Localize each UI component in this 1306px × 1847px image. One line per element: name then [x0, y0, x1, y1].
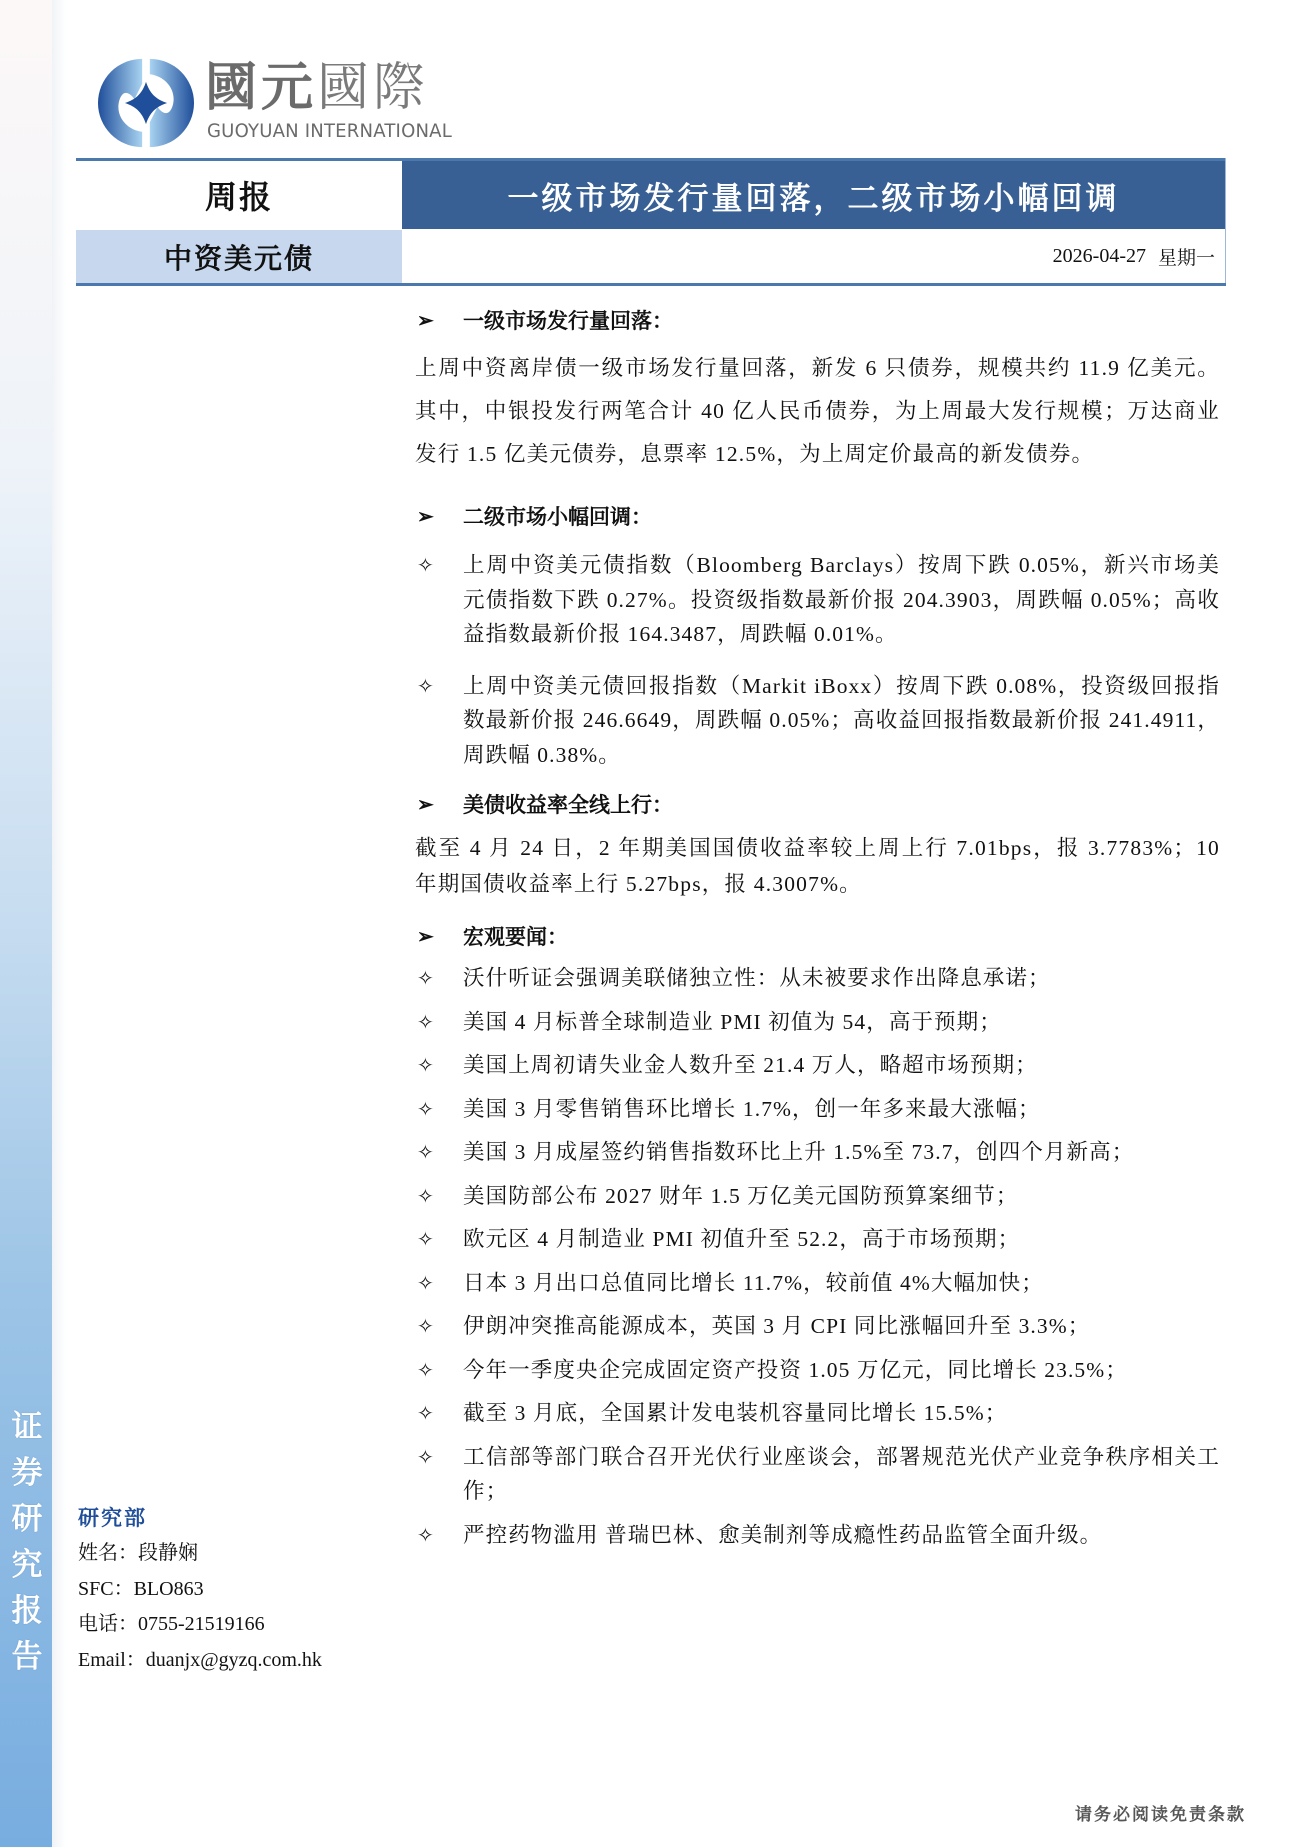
section-heading-macro-news: ➢ 宏观要闻：: [415, 918, 1220, 954]
disclaimer-notice: 请务必阅读免责条款: [1075, 1800, 1246, 1825]
weekday-value: 星期一: [1158, 243, 1215, 270]
diamond-bullet-icon: ✧: [415, 1353, 463, 1388]
list-item-text: 上周中资美元债指数（Bloomberg Barclays）按周下跌 0.05%，…: [463, 548, 1220, 652]
email-label: Email：: [78, 1649, 146, 1671]
diamond-bullet-icon: ✧: [415, 961, 463, 996]
date-value: 2026-04-27: [1053, 245, 1146, 268]
list-item-text: 上周中资美元债回报指数（Markit iBoxx）按周下跌 0.08%，投资级回…: [463, 669, 1220, 773]
diamond-bullet-icon: ✧: [415, 1048, 463, 1083]
paragraph-treasury-yields: 截至 4 月 24 日，2 年期美国国债收益率较上周上行 7.01bps，报 3…: [415, 830, 1220, 902]
list-item-text: 欧元区 4 月制造业 PMI 初值升至 52.2，高于市场预期；: [463, 1222, 1220, 1257]
phone-number: 0755-21519166: [138, 1613, 265, 1635]
name-label: 姓名：: [78, 1542, 138, 1564]
report-body: ➢ 一级市场发行量回落： 上周中资离岸债一级市场发行量回落，新发 6 只债券，规…: [415, 302, 1220, 1552]
diamond-bullet-icon: ✧: [415, 1309, 463, 1344]
list-item: ✧美国防部公布 2027 财年 1.5 万亿美元国防预算案细节；: [415, 1179, 1220, 1214]
author-name: 段静娴: [138, 1542, 198, 1564]
side-strip-shadow: [52, 0, 66, 1847]
list-item: ✧美国 3 月零售销售环比增长 1.7%，创一年多来最大涨幅；: [415, 1092, 1220, 1127]
arrow-bullet-icon: ➢: [415, 924, 463, 948]
section-heading-text: 美债收益率全线上行：: [463, 789, 673, 819]
report-date: 2026-04-27 星期一: [402, 230, 1215, 283]
list-item-text: 工信部等部门联合召开光伏行业座谈会，部署规范光伏产业竞争秩序相关工作；: [463, 1440, 1220, 1509]
list-item-text: 今年一季度央企完成固定资产投资 1.05 万亿元，同比增长 23.5%；: [463, 1353, 1220, 1388]
report-type: 周报: [76, 161, 402, 229]
list-item: ✧欧元区 4 月制造业 PMI 初值升至 52.2，高于市场预期；: [415, 1222, 1220, 1257]
paragraph-primary-market: 上周中资离岸债一级市场发行量回落，新发 6 只债券，规模共约 11.9 亿美元。…: [415, 347, 1220, 476]
diamond-bullet-icon: ✧: [415, 1092, 463, 1127]
diamond-bullet-icon: ✧: [415, 1396, 463, 1431]
brand-name-cn: 國元國際: [205, 58, 429, 118]
list-item-text: 伊朗冲突推高能源成本，英国 3 月 CPI 同比涨幅回升至 3.3%；: [463, 1309, 1220, 1344]
brand-name-en: GUOYUAN INTERNATIONAL: [207, 120, 452, 142]
section-heading-secondary-market: ➢ 二级市场小幅回调：: [415, 498, 1220, 534]
diamond-bullet-icon: ✧: [415, 669, 463, 773]
brand-name-cn-light: 國際: [317, 58, 429, 118]
side-label-char: 券: [5, 1450, 49, 1496]
email-address[interactable]: duanjx@gyzq.com.hk: [146, 1649, 322, 1671]
section-heading-primary-market: ➢ 一级市场发行量回落：: [415, 302, 1220, 338]
diamond-bullet-icon: ✧: [415, 1440, 463, 1509]
side-label-char: 究: [5, 1542, 49, 1588]
report-title: 一级市场发行量回落，二级市场小幅回调: [402, 161, 1225, 229]
list-item: ✧截至 3 月底，全国累计发电装机容量同比增长 15.5%；: [415, 1396, 1220, 1431]
author-contact: 研究部 姓名：段静娴 SFC：BLO863 电话：0755-21519166 E…: [78, 1500, 322, 1678]
diamond-bullet-icon: ✧: [415, 1222, 463, 1257]
side-label-char: 告: [5, 1634, 49, 1680]
list-item-text: 美国 3 月零售销售环比增长 1.7%，创一年多来最大涨幅；: [463, 1092, 1220, 1127]
list-item: ✧ 上周中资美元债回报指数（Markit iBoxx）按周下跌 0.08%，投资…: [415, 669, 1220, 773]
arrow-bullet-icon: ➢: [415, 792, 463, 816]
diamond-bullet-icon: ✧: [415, 1518, 463, 1553]
list-item-text: 美国上周初请失业金人数升至 21.4 万人，略超市场预期；: [463, 1048, 1220, 1083]
department-label: 研究部: [78, 1500, 322, 1536]
side-label-char: 报: [5, 1588, 49, 1634]
phone-label: 电话：: [78, 1613, 138, 1635]
author-sfc-row: SFC：BLO863: [78, 1572, 322, 1608]
author-phone-row: 电话：0755-21519166: [78, 1607, 322, 1643]
diamond-bullet-icon: ✧: [415, 1005, 463, 1040]
report-category: 中资美元债: [76, 230, 402, 283]
sfc-label: SFC：: [78, 1578, 134, 1600]
list-item: ✧美国 4 月标普全球制造业 PMI 初值为 54，高于预期；: [415, 1005, 1220, 1040]
list-item-text: 美国防部公布 2027 财年 1.5 万亿美元国防预算案细节；: [463, 1179, 1220, 1214]
diamond-bullet-icon: ✧: [415, 1266, 463, 1301]
list-item: ✧今年一季度央企完成固定资产投资 1.05 万亿元，同比增长 23.5%；: [415, 1353, 1220, 1388]
arrow-bullet-icon: ➢: [415, 308, 463, 332]
list-item-text: 美国 4 月标普全球制造业 PMI 初值为 54，高于预期；: [463, 1005, 1220, 1040]
side-label-char: 研: [5, 1496, 49, 1542]
guoyuan-logo-icon: [98, 55, 194, 151]
list-item-text: 截至 3 月底，全国累计发电装机容量同比增长 15.5%；: [463, 1396, 1220, 1431]
side-label-char: 证: [5, 1404, 49, 1450]
macro-news-list: ✧沃什听证会强调美联储独立性：从未被要求作出降息承诺； ✧美国 4 月标普全球制…: [415, 961, 1220, 1552]
list-item: ✧沃什听证会强调美联储独立性：从未被要求作出降息承诺；: [415, 961, 1220, 996]
diamond-bullet-icon: ✧: [415, 1179, 463, 1214]
list-item: ✧工信部等部门联合召开光伏行业座谈会，部署规范光伏产业竞争秩序相关工作；: [415, 1440, 1220, 1509]
brand-name-cn-bold: 國元: [205, 58, 317, 118]
diamond-bullet-icon: ✧: [415, 1135, 463, 1170]
list-item: ✧严控药物滥用 普瑞巴林、愈美制剂等成瘾性药品监管全面升级。: [415, 1518, 1220, 1553]
list-item-text: 严控药物滥用 普瑞巴林、愈美制剂等成瘾性药品监管全面升级。: [463, 1518, 1220, 1553]
header-bottom-rule: [76, 283, 1226, 286]
list-item: ✧日本 3 月出口总值同比增长 11.7%，较前值 4%大幅加快；: [415, 1266, 1220, 1301]
arrow-bullet-icon: ➢: [415, 504, 463, 528]
section-heading-text: 一级市场发行量回落：: [463, 305, 673, 335]
list-item: ✧ 上周中资美元债指数（Bloomberg Barclays）按周下跌 0.05…: [415, 548, 1220, 652]
section-heading-treasury-yields: ➢ 美债收益率全线上行：: [415, 786, 1220, 822]
section-heading-text: 宏观要闻：: [463, 921, 568, 951]
side-label-securities-research-report: 证 券 研 究 报 告: [5, 1404, 49, 1680]
list-item-text: 日本 3 月出口总值同比增长 11.7%，较前值 4%大幅加快；: [463, 1266, 1220, 1301]
author-email-row: Email：duanjx@gyzq.com.hk: [78, 1643, 322, 1679]
list-item: ✧美国上周初请失业金人数升至 21.4 万人，略超市场预期；: [415, 1048, 1220, 1083]
sfc-number: BLO863: [134, 1578, 204, 1600]
list-item: ✧美国 3 月成屋签约销售指数环比上升 1.5%至 73.7，创四个月新高；: [415, 1135, 1220, 1170]
list-item-text: 沃什听证会强调美联储独立性：从未被要求作出降息承诺；: [463, 961, 1220, 996]
diamond-bullet-icon: ✧: [415, 548, 463, 652]
section-heading-text: 二级市场小幅回调：: [463, 501, 652, 531]
list-item: ✧伊朗冲突推高能源成本，英国 3 月 CPI 同比涨幅回升至 3.3%；: [415, 1309, 1220, 1344]
header-right-border: [1225, 158, 1226, 286]
author-name-row: 姓名：段静娴: [78, 1536, 322, 1572]
list-item-text: 美国 3 月成屋签约销售指数环比上升 1.5%至 73.7，创四个月新高；: [463, 1135, 1220, 1170]
